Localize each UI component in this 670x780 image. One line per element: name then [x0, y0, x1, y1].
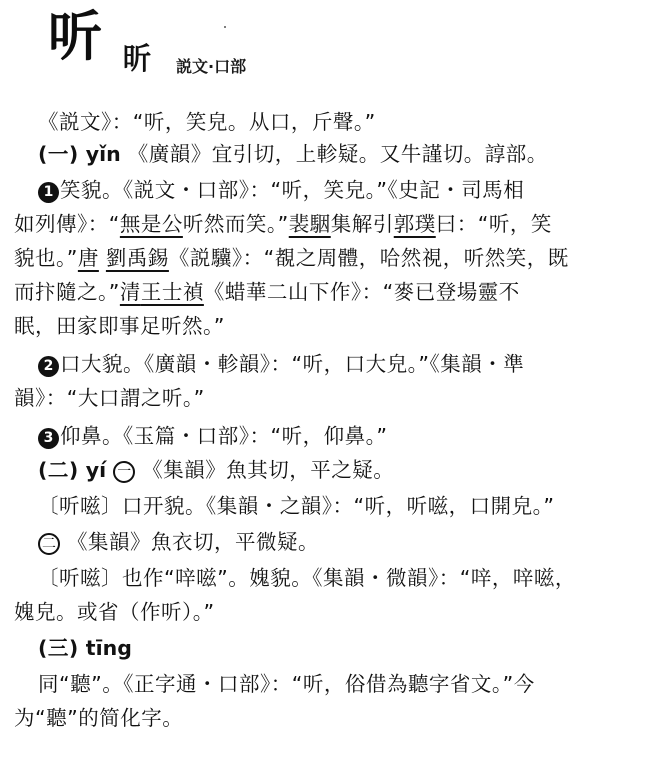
- underlined-name: 劉禹錫: [106, 246, 169, 270]
- reading-2b-sense-line-2: 媿皃。或省（作听）。”: [14, 598, 215, 626]
- headword: 听: [48, 6, 102, 66]
- reading-2a-sense: 〔听嗞〕口开貌。《集韻・之韻》：“听，听嗞，口開皃。”: [38, 492, 555, 520]
- reading-2-header: (二) yí 一 《集韻》魚其切，平之疑。: [38, 456, 394, 484]
- phonology: 《集韻》魚其切，平之疑。: [142, 458, 394, 482]
- phonology: 《集韻》魚衣切，平微疑。: [67, 530, 319, 554]
- phonology: 《廣韻》宜引切，上軫疑。又牛謹切。諄部。: [128, 142, 548, 166]
- sense-text: 《説驥》：“覩之周體，哈然視，听然笑，既: [169, 246, 569, 270]
- reading-label: (二): [38, 458, 79, 482]
- circled-number-1-icon: 1: [38, 182, 59, 203]
- sense-1-line-3: 貌也。”唐 劉禹錫《説驥》：“覩之周體，哈然視，听然笑，既: [14, 244, 569, 272]
- sense-text: 集解引: [331, 212, 394, 236]
- sense-1-line-1: 1笑貌。《説文・口部》：“听，笑皃。”《史記・司馬相: [38, 176, 524, 204]
- sense-2-line-2: 韻》：“大口謂之听。”: [14, 384, 205, 412]
- sense-3-line-1: 3仰鼻。《玉篇・口部》：“听，仰鼻。”: [38, 422, 388, 450]
- reading-2b-header: 二 《集韻》魚衣切，平微疑。: [38, 528, 319, 556]
- pinyin: tīng: [86, 636, 132, 660]
- sense-text: 笑貌。《説文・口部》：“听，笑皃。”《史記・司馬相: [60, 178, 524, 202]
- sense-text: 曰：“听，笑: [436, 212, 552, 236]
- reading-3-sense-line-2: 为“聽”的简化字。: [14, 704, 183, 732]
- seal-source-label: 説文·口部: [176, 57, 246, 77]
- sense-text: 如列傳》：“: [14, 212, 120, 236]
- reading-label: (三): [38, 636, 79, 660]
- pinyin: yí: [86, 458, 106, 482]
- pinyin: yǐn: [86, 142, 121, 166]
- underlined-name: 清: [120, 280, 141, 304]
- sense-1-line-5: 眠，田家即事足听然。”: [14, 312, 225, 340]
- underlined-name: 裴駰: [289, 212, 331, 236]
- underlined-name: 無是公: [120, 212, 183, 236]
- reading-label: (一): [38, 142, 79, 166]
- reading-2b-sense-line-1: 〔听嗞〕也作“㖕嗞”。媿貌。《集韻・微韻》：“㖕，㖕嗞，: [38, 564, 576, 592]
- seal-script-character: 昕: [123, 40, 152, 80]
- shuowen-citation: 《説文》：“听，笑皃。从口，斤聲。”: [38, 108, 376, 136]
- sense-text: 口大貌。《廣韻・軫韻》：“听，口大皃。”《集韻・準: [60, 352, 524, 376]
- sense-2-line-1: 2口大貌。《廣韻・軫韻》：“听，口大皃。”《集韻・準: [38, 350, 524, 378]
- underlined-name: 唐: [78, 246, 99, 270]
- sense-text: 《蜡華二山下作》：“麥已登場靈不: [204, 280, 520, 304]
- underlined-name: 王士禎: [141, 280, 204, 304]
- circled-two-icon: 二: [38, 533, 60, 555]
- reading-3-sense-line-1: 同“聽”。《正字通・口部》：“听，俗借為聽字省文。”今: [38, 670, 535, 698]
- circled-number-2-icon: 2: [38, 356, 59, 377]
- circled-one-icon: 一: [113, 461, 135, 483]
- circled-number-3-icon: 3: [38, 428, 59, 449]
- sense-text: 听然而笑。”: [183, 212, 289, 236]
- reading-3-header: (三) tīng: [38, 634, 132, 662]
- sense-1-line-2: 如列傳》：“無是公听然而笑。”裴駰集解引郭璞曰：“听，笑: [14, 210, 552, 238]
- sense-text: 貌也。”: [14, 246, 78, 270]
- sense-text: 仰鼻。《玉篇・口部》：“听，仰鼻。”: [60, 424, 388, 448]
- scan-speck: [224, 26, 226, 28]
- entry-header: 听 昕 説文·口部: [0, 0, 670, 100]
- sense-text: 而抃隨之。”: [14, 280, 120, 304]
- sense-1-line-4: 而抃隨之。”清王士禎《蜡華二山下作》：“麥已登場靈不: [14, 278, 520, 306]
- reading-1-header: (一) yǐn 《廣韻》宜引切，上軫疑。又牛謹切。諄部。: [38, 140, 548, 168]
- underlined-name: 郭璞: [394, 212, 436, 236]
